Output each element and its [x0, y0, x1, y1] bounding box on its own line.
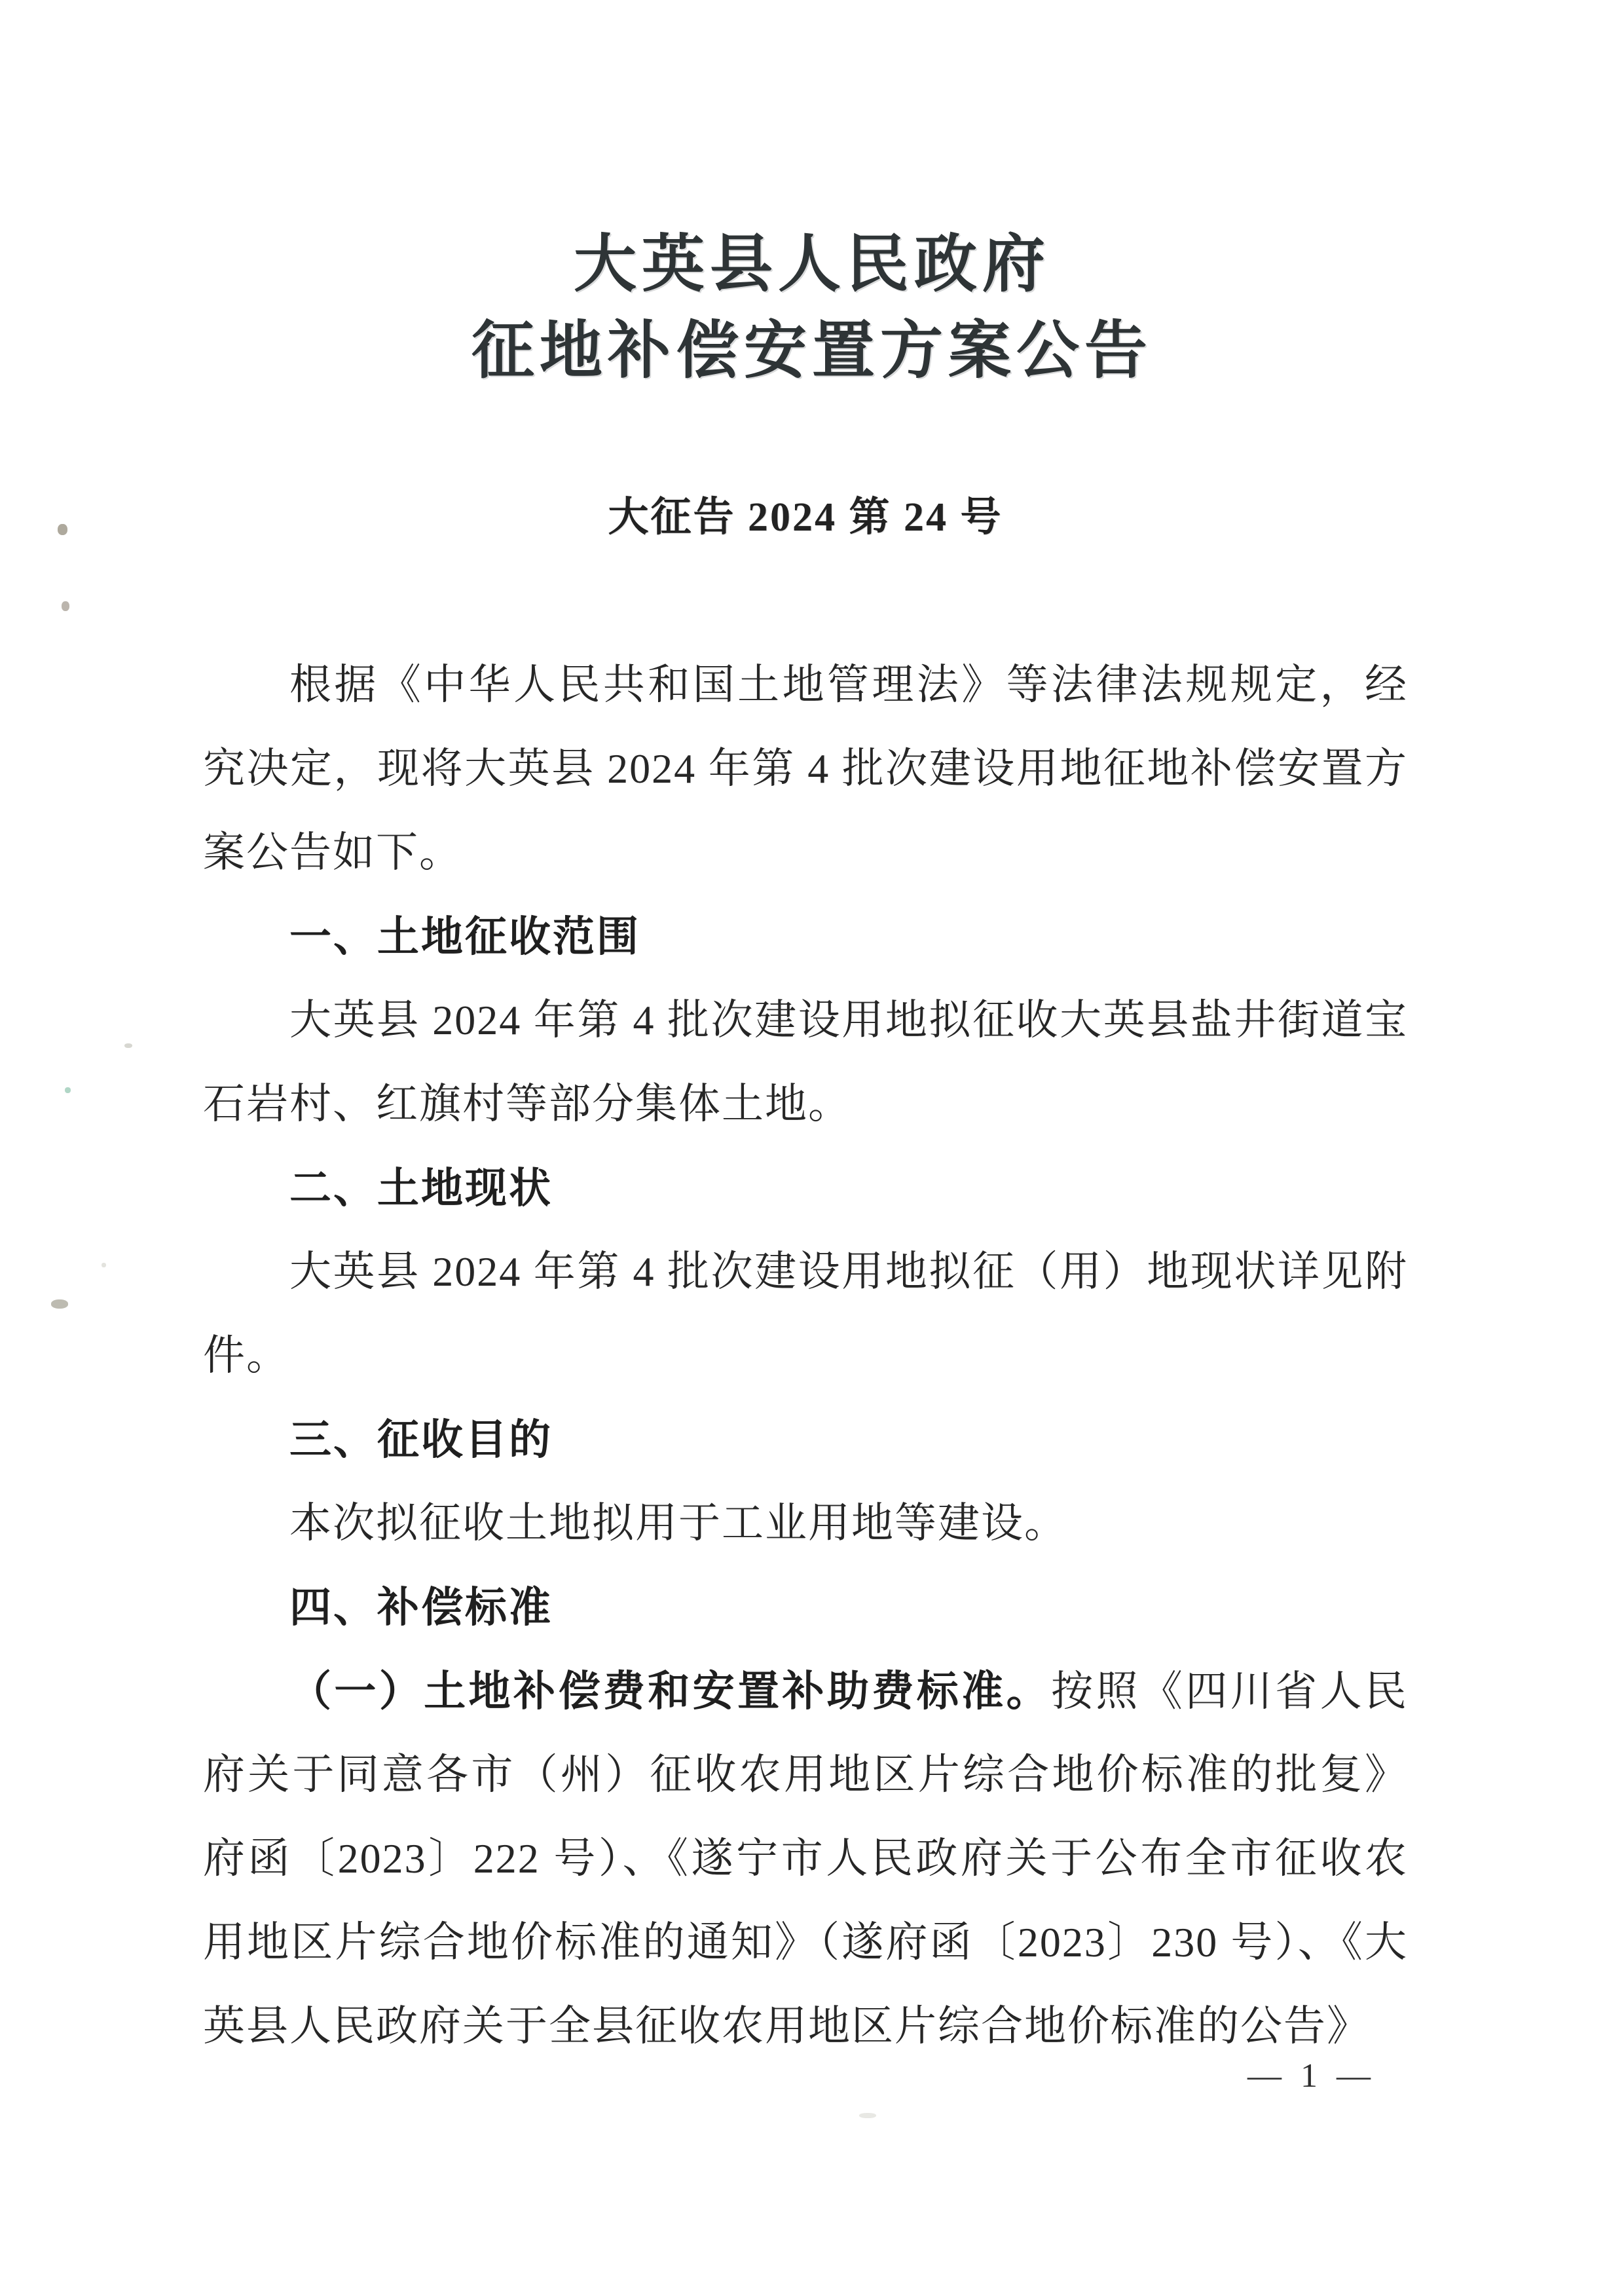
scan-speck — [859, 2113, 876, 2118]
scan-speck — [65, 1087, 71, 1093]
scan-speck — [58, 524, 67, 535]
scan-speck — [51, 1299, 68, 1309]
section-heading: 三、征收目的 — [203, 1398, 1408, 1482]
section-heading: 二、土地现状 — [203, 1146, 1408, 1230]
body-line: 石岩村、红旗村等部分集体土地。 — [203, 1062, 1408, 1146]
body-line: 用地区片综合地价标准的通知》（遂府函〔2023〕230 号）、《大 — [203, 1901, 1408, 1985]
body-line: 英县人民政府关于全县征收农用地区片综合地价标准的公告》 — [203, 1985, 1408, 2068]
body-line: 本次拟征收土地拟用于工业用地等建设。 — [203, 1482, 1408, 1565]
section-heading: 四、补偿标准 — [203, 1565, 1408, 1649]
body-line: 根据《中华人民共和国土地管理法》等法律法规规定，经研 — [203, 643, 1408, 727]
scan-speck — [124, 1043, 132, 1048]
body-line: 案公告如下。 — [203, 811, 1408, 895]
body-line: 府函〔2023〕222 号）、《遂宁市人民政府关于公布全市征收农 — [203, 1817, 1408, 1901]
document-body: 根据《中华人民共和国土地管理法》等法律法规规定，经研究决定，现将大英县 2024… — [203, 643, 1408, 2068]
document-page: 大英县人民政府 征地补偿安置方案公告 大征告 2024 第 24 号 根据《中华… — [0, 0, 1624, 2295]
body-line: 大英县 2024 年第 4 批次建设用地拟征（用）地现状详见附 — [203, 1230, 1408, 1314]
bold-lead-text: （一）土地补偿费和安置补助费标准。 — [289, 1668, 1051, 1715]
document-number: 大征告 2024 第 24 号 — [203, 490, 1408, 545]
scan-speck — [62, 601, 69, 611]
document-title: 大英县人民政府 征地补偿安置方案公告 — [0, 221, 1624, 394]
body-line: 大英县 2024 年第 4 批次建设用地拟征收大英县盐井街道宝 — [203, 979, 1408, 1062]
body-line: 府关于同意各市（州）征收农用地区片综合地价标准的批复》（川 — [203, 1733, 1408, 1817]
title-line-1: 大英县人民政府 — [0, 221, 1624, 308]
body-line: （一）土地补偿费和安置补助费标准。按照《四川省人民政 — [203, 1649, 1408, 1733]
title-line-2: 征地补偿安置方案公告 — [0, 308, 1624, 394]
scan-speck — [101, 1263, 106, 1267]
section-heading: 一、土地征收范围 — [203, 895, 1408, 979]
body-line: 件。 — [203, 1314, 1408, 1398]
body-line: 究决定，现将大英县 2024 年第 4 批次建设用地征地补偿安置方 — [203, 727, 1408, 811]
page-number: — 1 — — [1247, 2055, 1376, 2097]
